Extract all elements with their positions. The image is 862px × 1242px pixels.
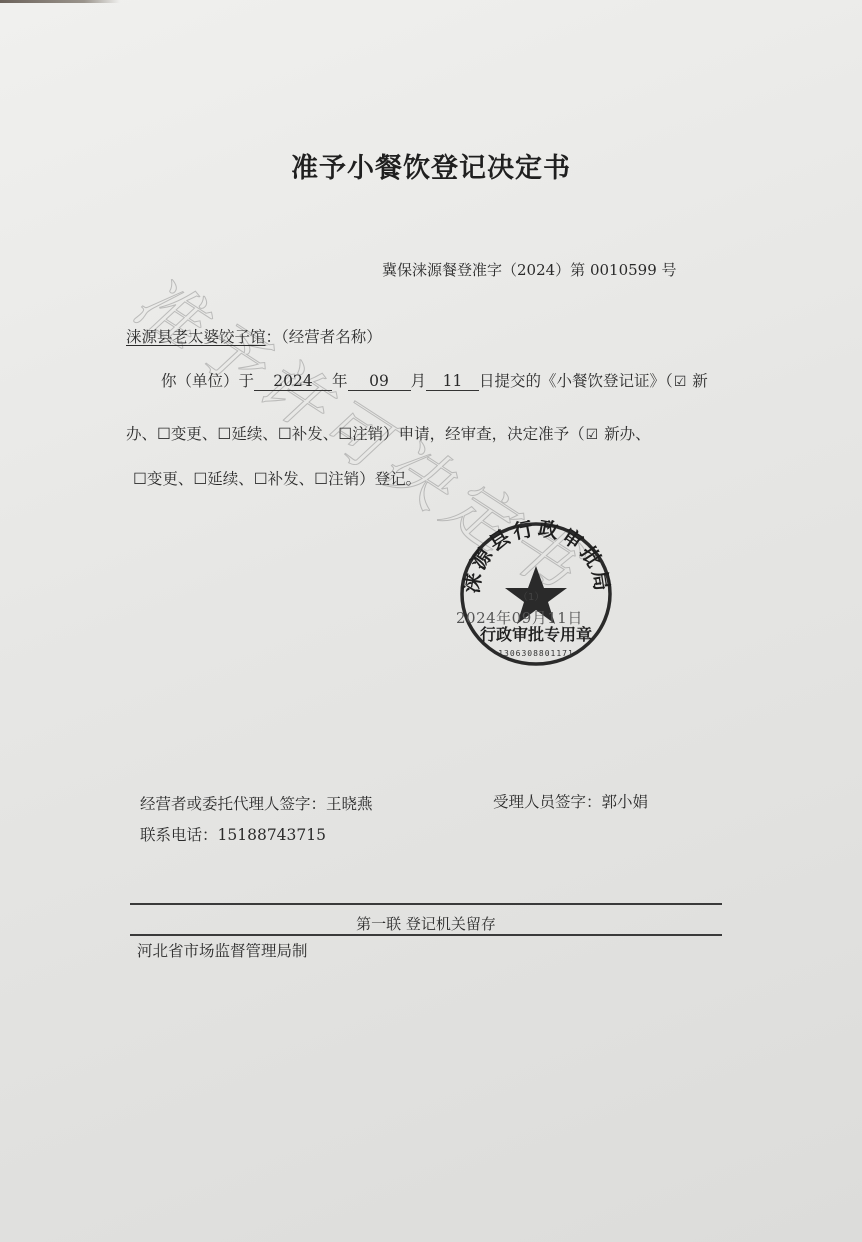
officer-signature: 郭小娟	[602, 793, 649, 811]
option-reissue: ☐补发、	[278, 425, 338, 443]
option-cancel: ☐注销）申请，经审查，决定准予（	[338, 425, 584, 443]
phone-label: 联系电话：	[140, 826, 218, 844]
para1-suffix: 新	[687, 372, 707, 390]
document-number: 冀保涞源餐登准字（2024）第 0010599 号	[382, 259, 677, 280]
divider-top	[130, 903, 722, 905]
issuer: 河北省市场监督管理局制	[137, 939, 308, 961]
seal-code: 1306308801171	[498, 649, 574, 658]
submission-day: 11	[426, 372, 479, 391]
applicant-signature-label: 经营者或委托代理人签字：	[140, 795, 326, 813]
paper-edge	[0, 0, 120, 3]
operator-name: 涞源县老太婆饺子馆	[126, 328, 266, 346]
option-change: ☐变更、	[157, 425, 217, 443]
seal-inner-text: （1）	[518, 591, 544, 603]
applicant-signature: 王晓燕	[326, 795, 373, 813]
para1-prefix: 你（单位）于	[161, 372, 254, 390]
copy-label: 第一联 登记机关留存	[130, 913, 722, 934]
decision-date: 2024年09月11日	[456, 607, 583, 628]
paragraph-2: 办、☐变更、☐延续、☐补发、☐注销）申请，经审查，决定准予（☑ 新办、	[126, 422, 651, 444]
operator-line: 涞源县老太婆饺子馆：（经营者名称）	[126, 325, 382, 347]
checkbox-decision-new-icon: ☑	[586, 427, 599, 443]
year-label: 年	[332, 372, 348, 390]
submission-year: 2024	[254, 372, 332, 391]
option-renew: ☐延续、	[217, 425, 277, 443]
para2-text: 办、	[126, 425, 157, 443]
applicant-signature-line: 经营者或委托代理人签字：王晓燕	[140, 792, 373, 814]
paragraph-3: ☐变更、☐延续、☐补发、☐注销）登记。	[133, 467, 421, 489]
official-seal: 涞源县行政审批局 （1） 行政审批专用章 1306308801171	[458, 520, 614, 668]
month-label: 月	[411, 372, 427, 390]
phone-line: 联系电话：15188743715	[140, 823, 326, 845]
paragraph-1: 你（单位）于2024年09月11日提交的《小餐饮登记证》（☑ 新	[161, 369, 708, 391]
officer-signature-label: 受理人员签字：	[493, 793, 602, 811]
document-title: 准予小餐饮登记决定书	[0, 146, 862, 185]
divider-bottom	[130, 934, 722, 936]
operator-colon: ：	[266, 328, 282, 346]
phone-number: 15188743715	[218, 826, 326, 844]
officer-signature-line: 受理人员签字：郭小娟	[493, 790, 648, 812]
operator-label: （经营者名称）	[281, 328, 382, 346]
para2-suffix: 新办、	[599, 425, 650, 443]
submission-month: 09	[348, 372, 411, 391]
day-label: 日提交的《小餐饮登记证》（	[479, 372, 673, 390]
checkbox-new-application-icon: ☑	[674, 374, 687, 390]
